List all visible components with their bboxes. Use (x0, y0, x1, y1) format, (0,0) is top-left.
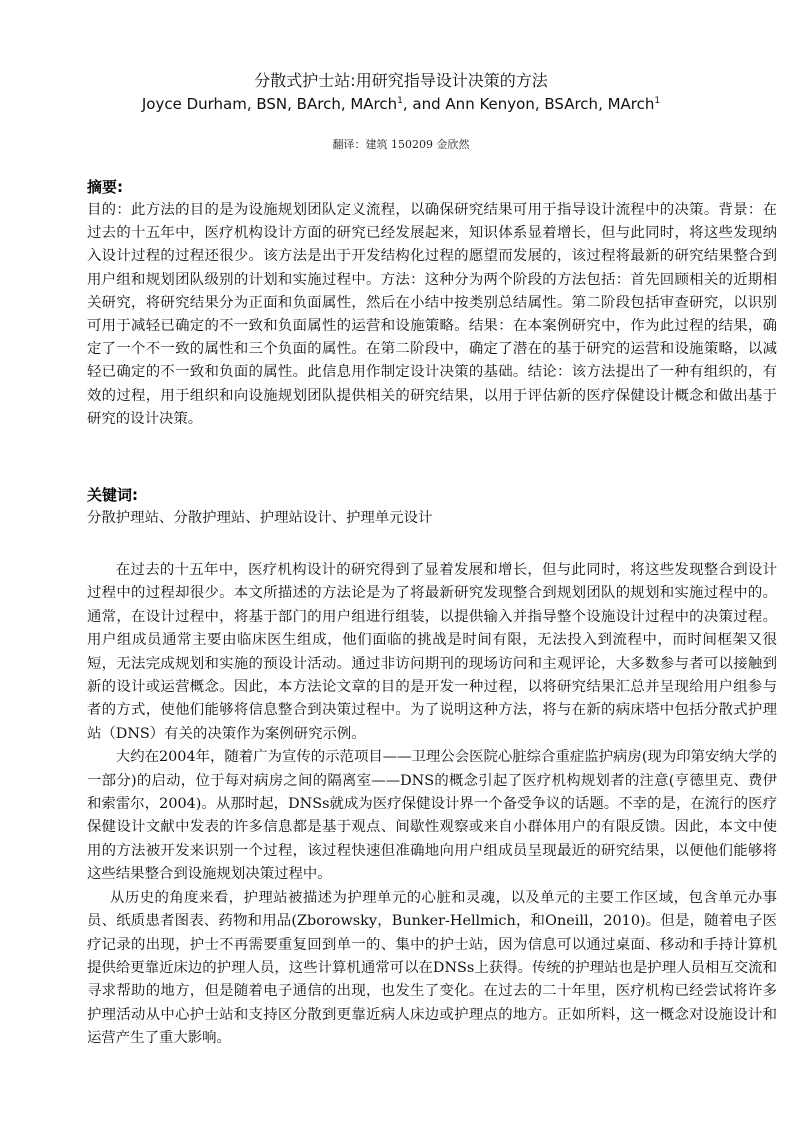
abstract-body: 目的：此方法的目的是为设施规划团队定义流程，以确保研究结果可用于指导设计流程中的… (87, 199, 777, 431)
paper-title: 分散式护士站:用研究指导设计决策的方法 (0, 70, 802, 92)
keywords-text: 分散护理站、分散护理站、护理站设计、护理单元设计 (87, 507, 777, 530)
author-line: Joyce Durham, BSN, BArch, MArch1, and An… (0, 94, 802, 114)
author-1: Joyce Durham, BSN, BArch, MArch (142, 95, 397, 113)
abstract-text: 目的：此方法的目的是为设施规划团队定义流程，以确保研究结果可用于指导设计流程中的… (87, 199, 777, 431)
document-page: 分散式护士站:用研究指导设计决策的方法 Joyce Durham, BSN, B… (0, 0, 802, 1133)
translator-credit: 翻译：建筑 150209 金欣然 (0, 138, 802, 152)
body-paragraph-3: 从历史的角度来看，护理站被描述为护理单元的心脏和灵魂，以及单元的主要工作区域，包… (87, 887, 777, 1051)
main-body: 在过去的十五年中，医疗机构设计的研究得到了显着发展和增长，但与此同时，将这些发现… (87, 559, 777, 1051)
affiliation-marker-2: 1 (654, 96, 660, 106)
body-paragraph-2: 大约在2004年，随着广为宣传的示范项目——卫理公会医院心脏综合重症监护病房(现… (87, 746, 777, 886)
keywords-body: 分散护理站、分散护理站、护理站设计、护理单元设计 (87, 507, 777, 530)
abstract-heading: 摘要: (87, 177, 123, 197)
keywords-heading: 关键词: (87, 485, 138, 505)
body-paragraph-1: 在过去的十五年中，医疗机构设计的研究得到了显着发展和增长，但与此同时，将这些发现… (87, 559, 777, 746)
author-joiner: , and (403, 95, 446, 113)
author-2: Ann Kenyon, BSArch, MArch (445, 95, 654, 113)
